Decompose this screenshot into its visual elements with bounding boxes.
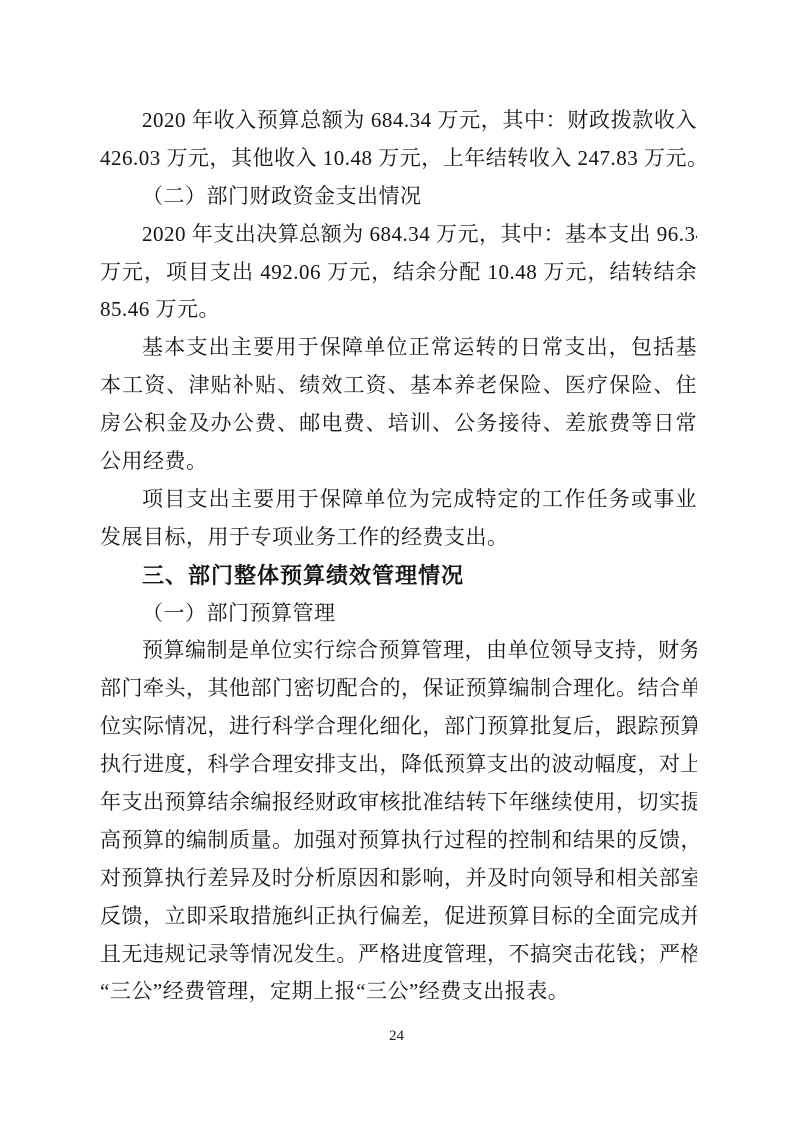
doc-line: 对预算执行差异及时分析原因和影响，并及时向领导和相关部室 [100, 860, 697, 898]
subsection-heading-expenditure: （二）部门财政资金支出情况 [100, 178, 697, 216]
doc-line: 万元，项目支出 492.06 万元，结余分配 10.48 万元，结转结余 [100, 254, 697, 292]
text-body: 2020 年收入预算总额为 684.34 万元，其中：财政拨款收入 426.03… [100, 102, 697, 1011]
doc-line: 基本支出主要用于保障单位正常运转的日常支出，包括基 [100, 329, 697, 367]
doc-line: 年支出预算结余编报经财政审核批准结转下年继续使用，切实提 [100, 784, 697, 822]
document-page: 2020 年收入预算总额为 684.34 万元，其中：财政拨款收入 426.03… [0, 0, 793, 1122]
doc-line: 反馈，立即采取措施纠正执行偏差，促进预算目标的全面完成并 [100, 898, 697, 936]
doc-line: 本工资、津贴补贴、绩效工资、基本养老保险、医疗保险、住 [100, 367, 697, 405]
doc-line: 项目支出主要用于保障单位为完成特定的工作任务或事业 [100, 481, 697, 519]
doc-line: 位实际情况，进行科学合理化细化，部门预算批复后，跟踪预算 [100, 708, 697, 746]
section-heading-performance-management: 三、部门整体预算绩效管理情况 [100, 557, 697, 595]
doc-line: 发展目标，用于专项业务工作的经费支出。 [100, 519, 697, 557]
page-number: 24 [0, 1026, 793, 1046]
doc-line: 预算编制是单位实行综合预算管理，由单位领导支持，财务 [100, 632, 697, 670]
subsection-heading-budget-management: （一）部门预算管理 [100, 595, 697, 633]
doc-line: 房公积金及办公费、邮电费、培训、公务接待、差旅费等日常 [100, 405, 697, 443]
doc-line: 2020 年支出决算总额为 684.34 万元，其中：基本支出 96.34 [100, 216, 697, 254]
doc-line: 且无违规记录等情况发生。严格进度管理，不搞突击花钱；严格 [100, 936, 697, 974]
doc-line: 公用经费。 [100, 443, 697, 481]
doc-line: “三公”经费管理，定期上报“三公”经费支出报表。 [100, 973, 697, 1011]
doc-line: 部门牵头，其他部门密切配合的，保证预算编制合理化。结合单 [100, 670, 697, 708]
doc-line: 2020 年收入预算总额为 684.34 万元，其中：财政拨款收入 [100, 102, 697, 140]
doc-line: 85.46 万元。 [100, 291, 697, 329]
doc-line: 高预算的编制质量。加强对预算执行过程的控制和结果的反馈， [100, 822, 697, 860]
doc-line: 426.03 万元，其他收入 10.48 万元，上年结转收入 247.83 万元… [100, 140, 697, 178]
doc-line: 执行进度，科学合理安排支出，降低预算支出的波动幅度，对上 [100, 746, 697, 784]
